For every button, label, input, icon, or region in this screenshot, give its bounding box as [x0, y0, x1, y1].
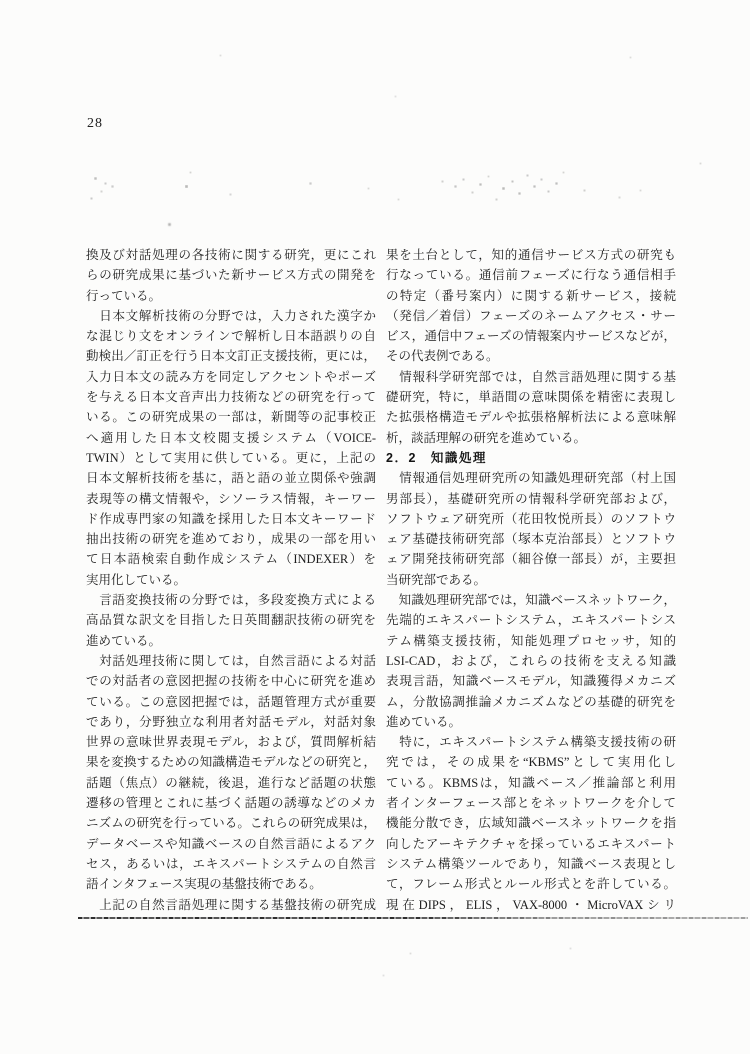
text-line: 行っている。	[86, 286, 376, 306]
text-line: ている。KBMSは，知識ベース／推論部と利用	[386, 773, 676, 793]
text-line: LSI-CAD，および，これらの技術を支える知識	[386, 651, 676, 671]
text-line: 動検出／訂正を行う日本文訂正支援技術，更には，	[86, 346, 376, 366]
text-line: 日本文解析技術の分野では，入力された漢字か	[86, 306, 376, 326]
text-line: ている。この意図把握では，話題管理方式が重要	[86, 692, 376, 712]
text-line: ビス，通信中フェーズの情報案内サービスなどが，	[386, 326, 676, 346]
text-line: 進めている。	[86, 631, 376, 651]
text-line: 上記の自然言語処理に関する基盤技術の研究成	[86, 895, 376, 915]
text-line: 究では，その成果を“KBMS”として実用化し	[386, 752, 676, 772]
text-line: 特に，エキスパートシステム構築支援技術の研	[386, 732, 676, 752]
text-line: 果を変換するための知識構造モデルなどの研究と，	[86, 752, 376, 772]
text-line: 情報科学研究部では，自然言語処理に関する基	[386, 367, 676, 387]
text-line: の特定（番号案内）に関する新サービス，接続	[386, 286, 676, 306]
text-line: いる。この研究成果の一部は，新聞等の記事校正	[86, 407, 376, 427]
text-line: 機能分散でき，広域知識ベースネットワークを指	[386, 813, 676, 833]
text-line: 析，談話理解の研究を進めている。	[386, 428, 676, 448]
text-line: 対話処理技術に関しては，自然言語による対話	[86, 651, 376, 671]
text-line: 進めている。	[386, 712, 676, 732]
text-line: テム構築支援技術，知能処理プロセッサ，知的	[386, 631, 676, 651]
text-line: 表現言語，知識ベースモデル，知識獲得メカニズ	[386, 671, 676, 691]
text-line: 語インタフェース実現の基盤技術である。	[86, 874, 376, 894]
text-line: を与える日本文音声出力技術などの研究を行って	[86, 387, 376, 407]
text-line: た拡張格構造モデルや拡張格解析法による意味解	[386, 407, 676, 427]
text-line: 抽出技術の研究を進めており，成果の一部を用い	[86, 529, 376, 549]
text-line: 換及び対話処理の各技術に関する研究，更にこれ	[86, 245, 376, 265]
text-line: 行なっている。通信前フェーズに行なう通信相手	[386, 265, 676, 285]
text-line: 高品質な訳文を目指した日英間翻訳技術の研究を	[86, 610, 376, 630]
text-line: 当研究部である。	[386, 570, 676, 590]
text-line: 現在DIPS，ELIS，VAX-8000・MicroVAXシリ	[386, 895, 676, 915]
text-line: 言語変換技術の分野では，多段変換方式による	[86, 590, 376, 610]
text-line: ド作成専門家の知識を採用した日本文キーワード	[86, 509, 376, 529]
text-line: ェア開発技術研究部（細谷僚一部長）が，主要担	[386, 549, 676, 569]
text-line: らの研究成果に基づいた新サービス方式の開発を	[86, 265, 376, 285]
text-line: その代表例である。	[386, 346, 676, 366]
text-line: 果を土台として，知的通信サービス方式の研究も	[386, 245, 676, 265]
text-line: 世界の意味世界表現モデル，および，質問解析結	[86, 732, 376, 752]
text-line: ニズムの研究を行っている。これらの研究成果は，	[86, 813, 376, 833]
text-line: 話題（焦点）の継続，後退，進行など話題の状態	[86, 773, 376, 793]
text-line: TWIN）として実用に供している。更に，上記の	[86, 448, 376, 468]
text-line: 先端的エキスパートシステム，エキスパートシス	[386, 610, 676, 630]
text-line: ソフトウェア研究所（花田牧悦所長）のソフトウ	[386, 509, 676, 529]
section-heading: 2．2 知識処理	[386, 448, 676, 468]
text-line: て日本語検索自動作成システム（INDEXER）を	[86, 549, 376, 569]
text-line: 向したアーキテクチャを採っているエキスパート	[386, 834, 676, 854]
text-line: （発信／着信）フェーズのネームアクセス・サー	[386, 306, 676, 326]
text-line: 礎研究，特に，単語間の意味関係を精密に表現し	[386, 387, 676, 407]
text-line: ム，分散協調推論メカニズムなどの基礎的研究を	[386, 692, 676, 712]
scan-noise-speckles	[0, 0, 1, 1]
text-line: データベースや知識ベースの自然言語によるアク	[86, 834, 376, 854]
text-line: システム構築ツールであり，知識ベース表現とし	[386, 854, 676, 874]
text-line: 遷移の管理とこれに基づく話題の誘導などのメカ	[86, 793, 376, 813]
text-line: 情報通信処理研究所の知識処理研究部（村上国	[386, 468, 676, 488]
text-line: 者インターフェース部とをネットワークを介して	[386, 793, 676, 813]
text-line: 入力日本文の読み方を同定しアクセントやポーズ	[86, 367, 376, 387]
text-line: 男部長），基礎研究所の情報科学研究部および，	[386, 489, 676, 509]
text-line: 日本文解析技術を基に，語と語の並立関係や強調	[86, 468, 376, 488]
text-column-left: 換及び対話処理の各技術に関する研究，更にこれらの研究成果に基づいた新サービス方式…	[86, 245, 376, 915]
scanned-document-page: 28 換及び対話処理の各技術に関する研究，更にこれらの研究成果に基づいた新サービ…	[0, 0, 750, 1054]
text-line: での対話者の意図把握の技術を中心に研究を進め	[86, 671, 376, 691]
bottom-rule-line	[78, 917, 748, 919]
page-number: 28	[87, 116, 103, 132]
text-line: ェア基礎技術研究部（塚本克治部長）とソフトウ	[386, 529, 676, 549]
text-line: て，フレーム形式とルール形式とを許している。	[386, 874, 676, 894]
text-line: セス，あるいは，エキスパートシステムの自然言	[86, 854, 376, 874]
text-line: 知識処理研究部では，知識ベースネットワーク，	[386, 590, 676, 610]
text-line: へ適用した日本文校閲支援システム（VOICE-	[86, 428, 376, 448]
text-line: 表現等の構文情報や，シソーラス情報，キーワー	[86, 489, 376, 509]
text-line: 実用化している。	[86, 570, 376, 590]
text-line: であり，分野独立な利用者対話モデル，対話対象	[86, 712, 376, 732]
text-column-right: 果を土台として，知的通信サービス方式の研究も行なっている。通信前フェーズに行なう…	[386, 245, 676, 915]
text-line: な混じり文をオンラインで解析し日本語誤りの自	[86, 326, 376, 346]
